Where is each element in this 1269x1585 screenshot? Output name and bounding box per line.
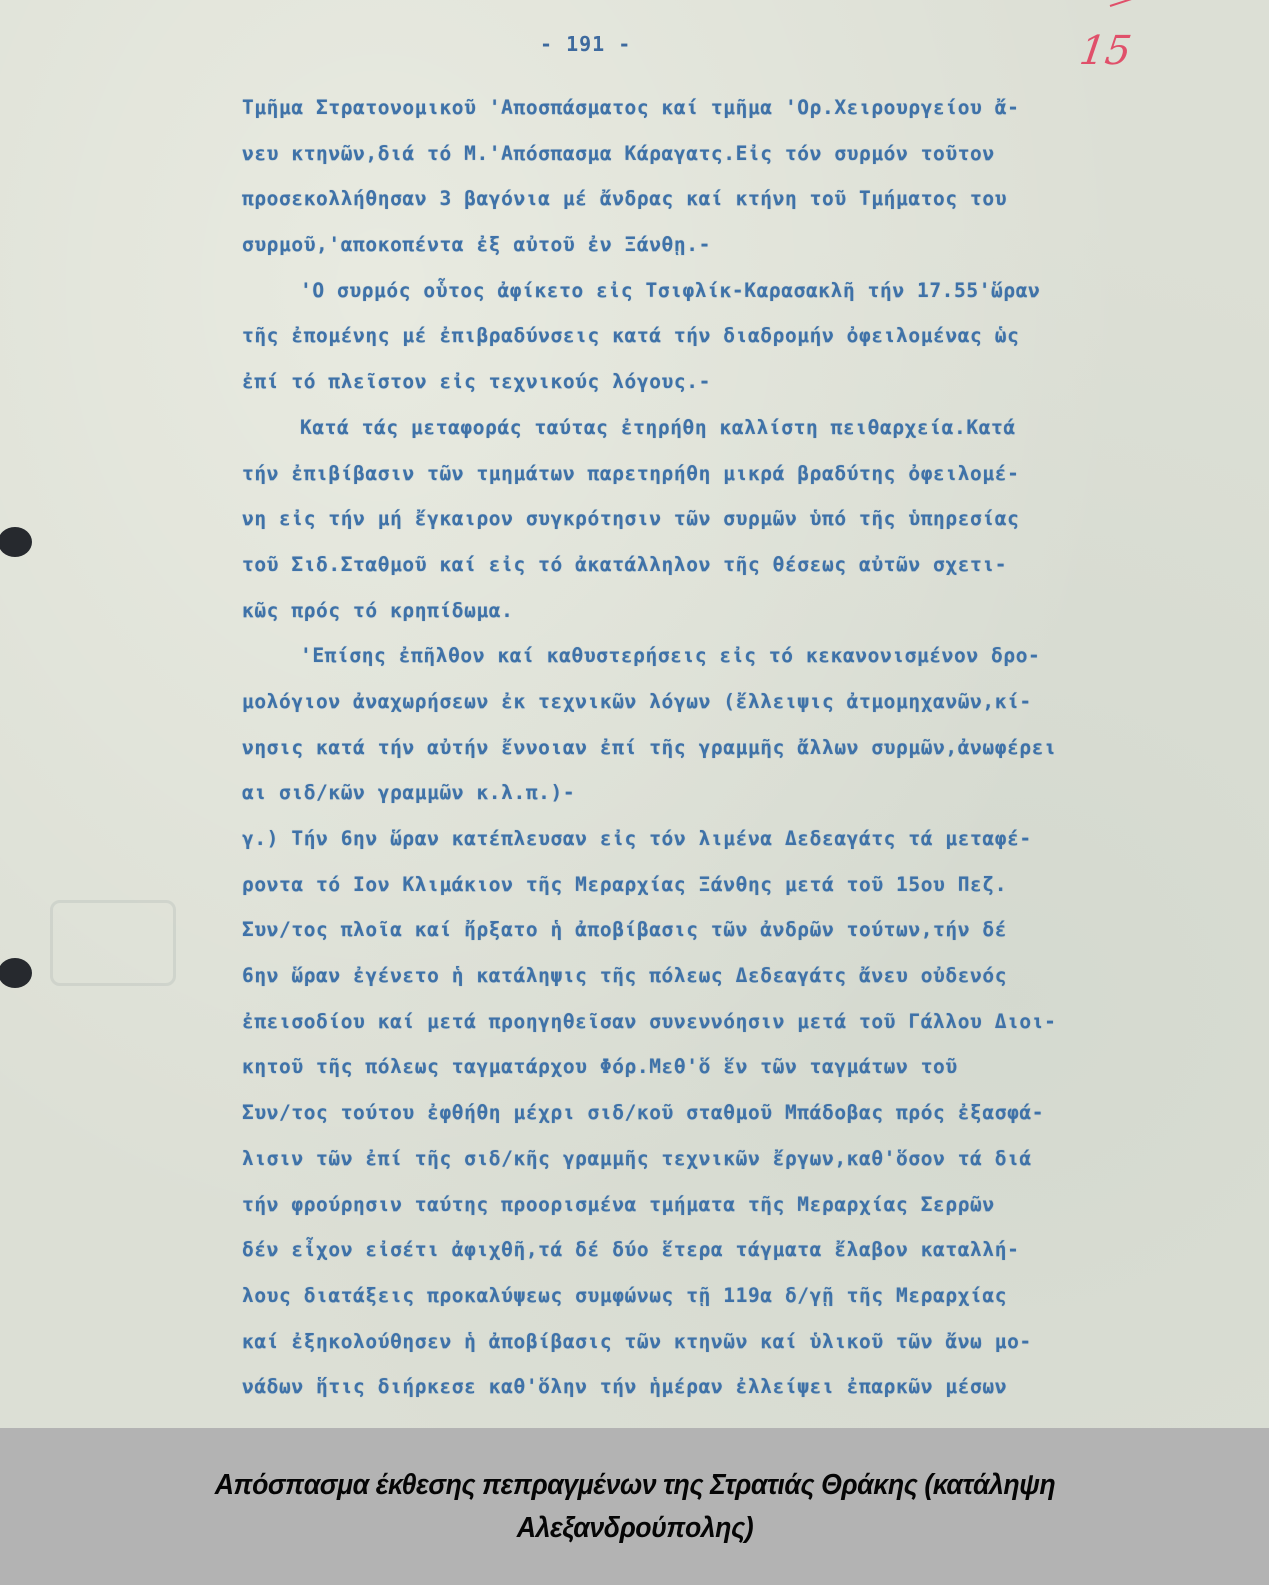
page-number: - 191 - <box>540 32 631 56</box>
text-line: συρμοῦ,'αποκοπέντα ἐξ αὐτοῦ ἐν Ξάνθῃ.- <box>242 222 1232 268</box>
text-line: τοῦ Σιδ.Σταθμοῦ καί εἰς τό ἀκατάλληλον τ… <box>242 542 1232 588</box>
caption-text: Απόσπασμα έκθεσης πεπραγμένων της Στρατι… <box>129 1464 1141 1550</box>
text-line: τῆς ἐπομένης μέ ἐπιβραδύνσεις κατά τήν δ… <box>242 313 1232 359</box>
scanned-document-page: - 191 - 15 Τμῆμα Στρατονομικοῦ 'Αποσπάσμ… <box>0 0 1269 1428</box>
text-line: γ.) Τήν 6ην ὥραν κατέπλευσαν εἰς τόν λιμ… <box>242 816 1232 862</box>
text-line: τήν φρούρησιν ταύτης προορισμένα τμήματα… <box>242 1182 1232 1228</box>
text-line: ροντα τό Ιον Κλιμάκιον τῆς Μεραρχίας Ξάν… <box>242 862 1232 908</box>
text-line: νάδων ἥτις διήρκεσε καθ'ὅλην τήν ἡμέραν … <box>242 1364 1232 1410</box>
text-line: 'Ο συρμός οὗτος ἀφίκετο εἰς Τσιφλίκ-Καρα… <box>242 268 1232 314</box>
text-line: Συν/τος πλοῖα καί ἤρξατο ἡ ἀποβίβασις τῶ… <box>242 907 1232 953</box>
text-line: Κατά τάς μεταφοράς ταύτας ἐτηρήθη καλλίσ… <box>242 405 1232 451</box>
text-line: προσεκολλήθησαν 3 βαγόνια μέ ἄνδρας καί … <box>242 176 1232 222</box>
text-line: 'Επίσης ἐπῆλθον καί καθυστερήσεις εἰς τό… <box>242 633 1232 679</box>
text-line: καί ἐξηκολούθησεν ἡ ἀποβίβασις τῶν κτηνῶ… <box>242 1319 1232 1365</box>
text-line: 6ην ὥραν ἐγένετο ἡ κατάληψις τῆς πόλεως … <box>242 953 1232 999</box>
text-line: ἐπί τό πλεῖστον εἰς τεχνικούς λόγους.- <box>242 359 1232 405</box>
text-line: τήν ἐπιβίβασιν τῶν τμημάτων παρετηρήθη μ… <box>242 451 1232 497</box>
pencil-stroke <box>1110 0 1196 7</box>
text-line: λους διατάξεις προκαλύψεως συμφώνως τῇ 1… <box>242 1273 1232 1319</box>
text-line: λισιν τῶν ἐπί τῆς σιδ/κῆς γραμμῆς τεχνικ… <box>242 1136 1232 1182</box>
text-line: αι σιδ/κῶν γραμμῶν κ.λ.π.)- <box>242 770 1232 816</box>
text-line: κῶς πρός τό κρηπίδωμα. <box>242 588 1232 634</box>
text-line: νη εἰς τήν μή ἔγκαιρον συγκρότησιν τῶν σ… <box>242 496 1232 542</box>
text-line: Τμῆμα Στρατονομικοῦ 'Αποσπάσματος καί τμ… <box>242 85 1232 131</box>
punch-hole <box>0 527 32 557</box>
text-line: ἐπεισοδίου καί μετά προηγηθεῖσαν συνεννό… <box>242 999 1232 1045</box>
text-line: Συν/τος τούτου ἐφθήθη μέχρι σιδ/κοῦ σταθ… <box>242 1090 1232 1136</box>
punch-hole <box>0 958 32 988</box>
typewritten-body: Τμῆμα Στρατονομικοῦ 'Αποσπάσματος καί τμ… <box>242 85 1232 1410</box>
text-line: κητοῦ τῆς πόλεως ταγματάρχου Φόρ.Μεθ'ὅ ἕ… <box>242 1044 1232 1090</box>
faint-stamp-mark <box>50 900 176 986</box>
caption-bar: Απόσπασμα έκθεσης πεπραγμένων της Στρατι… <box>0 1428 1269 1585</box>
text-line: δέν εἶχον εἰσέτι ἀφιχθῆ,τά δέ δύο ἕτερα … <box>242 1227 1232 1273</box>
text-line: νευ κτηνῶν,διά τό Μ.'Απόσπασμα Κάραγατς.… <box>242 131 1232 177</box>
text-line: μολόγιον ἀναχωρήσεων ἐκ τεχνικῶν λόγων (… <box>242 679 1232 725</box>
folio-mark: 15 <box>1077 28 1134 74</box>
text-line: νησις κατά τήν αὐτήν ἔννοιαν ἐπί τῆς γρα… <box>242 725 1232 771</box>
